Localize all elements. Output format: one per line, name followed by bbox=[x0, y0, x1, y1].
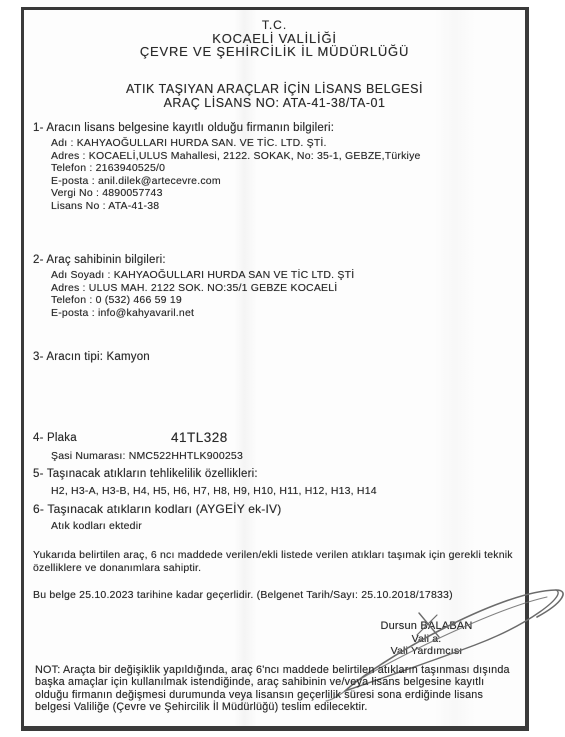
section1-heading: 1- Aracın lisans belgesine kayıtlı olduğ… bbox=[33, 122, 334, 134]
owner-address: Adres : ULUS MAH. 2122 SOK. NO:35/1 GEBZ… bbox=[51, 282, 354, 295]
owner-phone: Telefon : 0 (532) 466 59 19 bbox=[51, 294, 354, 307]
company-email: E-posta : anil.dilek@artecevre.com bbox=[51, 175, 421, 188]
company-address: Adres : KOCAELİ,ULUS Mahallesi, 2122. SO… bbox=[51, 150, 421, 163]
section3-vehicle-type: 3- Aracın tipi: Kamyon bbox=[33, 351, 150, 363]
license-document: T.C. KOCAELİ VALİLİĞİ ÇEVRE VE ŞEHİRCİLİ… bbox=[21, 7, 529, 731]
owner-name: Adı Soyadı : KAHYAOĞULLARI HURDA SAN VE … bbox=[51, 269, 354, 282]
company-tax-no: Vergi No : 4890057743 bbox=[51, 187, 421, 200]
section2-heading: 2- Araç sahibinin bilgileri: bbox=[33, 254, 166, 266]
owner-email: E-posta : info@kahyavaril.net bbox=[51, 307, 354, 320]
document-title: ATIK TAŞIYAN ARAÇLAR İÇİN LİSANS BELGESİ bbox=[24, 82, 525, 96]
company-license-no: Lisans No : ATA-41-38 bbox=[51, 200, 421, 213]
section2-details: Adı Soyadı : KAHYAOĞULLARI HURDA SAN VE … bbox=[51, 269, 354, 319]
signature-block: Dursun BALABAN Vali a. Vali Yardımcısı bbox=[329, 620, 524, 657]
plate-label: 4- Plaka bbox=[33, 432, 77, 444]
validity-statement: Bu belge 25.10.2023 tarihine kadar geçer… bbox=[33, 589, 453, 601]
section4-heading: 4- Plaka 41TL328 bbox=[33, 432, 77, 444]
signer-name: Dursun BALABAN bbox=[329, 620, 524, 633]
republic-abbrev: T.C. bbox=[24, 18, 525, 32]
hazard-codes: H2, H3-A, H3-B, H4, H5, H6, H7, H8, H9, … bbox=[51, 485, 377, 498]
chassis-number: Şasi Numarası: NMC522HHTLK900253 bbox=[51, 450, 243, 463]
document-page: T.C. KOCAELİ VALİLİĞİ ÇEVRE VE ŞEHİRCİLİ… bbox=[0, 0, 565, 737]
vehicle-license-no: ARAÇ LİSANS NO: ATA-41-38/TA-01 bbox=[24, 96, 525, 110]
plate-number: 41TL328 bbox=[171, 430, 228, 445]
directorate-title: ÇEVRE VE ŞEHİRCİLİK İL MÜDÜRLÜĞÜ bbox=[24, 44, 525, 59]
signer-role: Vali a. bbox=[329, 633, 524, 645]
company-name: Adı : KAHYAOĞULLARI HURDA SAN. VE TİC. L… bbox=[51, 137, 421, 150]
section5-heading: 5- Taşınacak atıkların tehlikelilik özel… bbox=[33, 468, 258, 480]
waste-codes-note: Atık kodları ektedir bbox=[51, 520, 142, 533]
technical-statement: Yukarıda belirtilen araç, 6 ncı maddede … bbox=[33, 549, 521, 575]
section1-details: Adı : KAHYAOĞULLARI HURDA SAN. VE TİC. L… bbox=[51, 137, 421, 212]
bottom-note: NOT: Araçta bir değişiklik yapıldığında,… bbox=[35, 664, 519, 714]
section6-heading: 6- Taşınacak atıkların kodları (AYGEİY e… bbox=[33, 502, 281, 516]
company-phone: Telefon : 2163940525/0 bbox=[51, 162, 421, 175]
signer-title: Vali Yardımcısı bbox=[329, 645, 524, 657]
